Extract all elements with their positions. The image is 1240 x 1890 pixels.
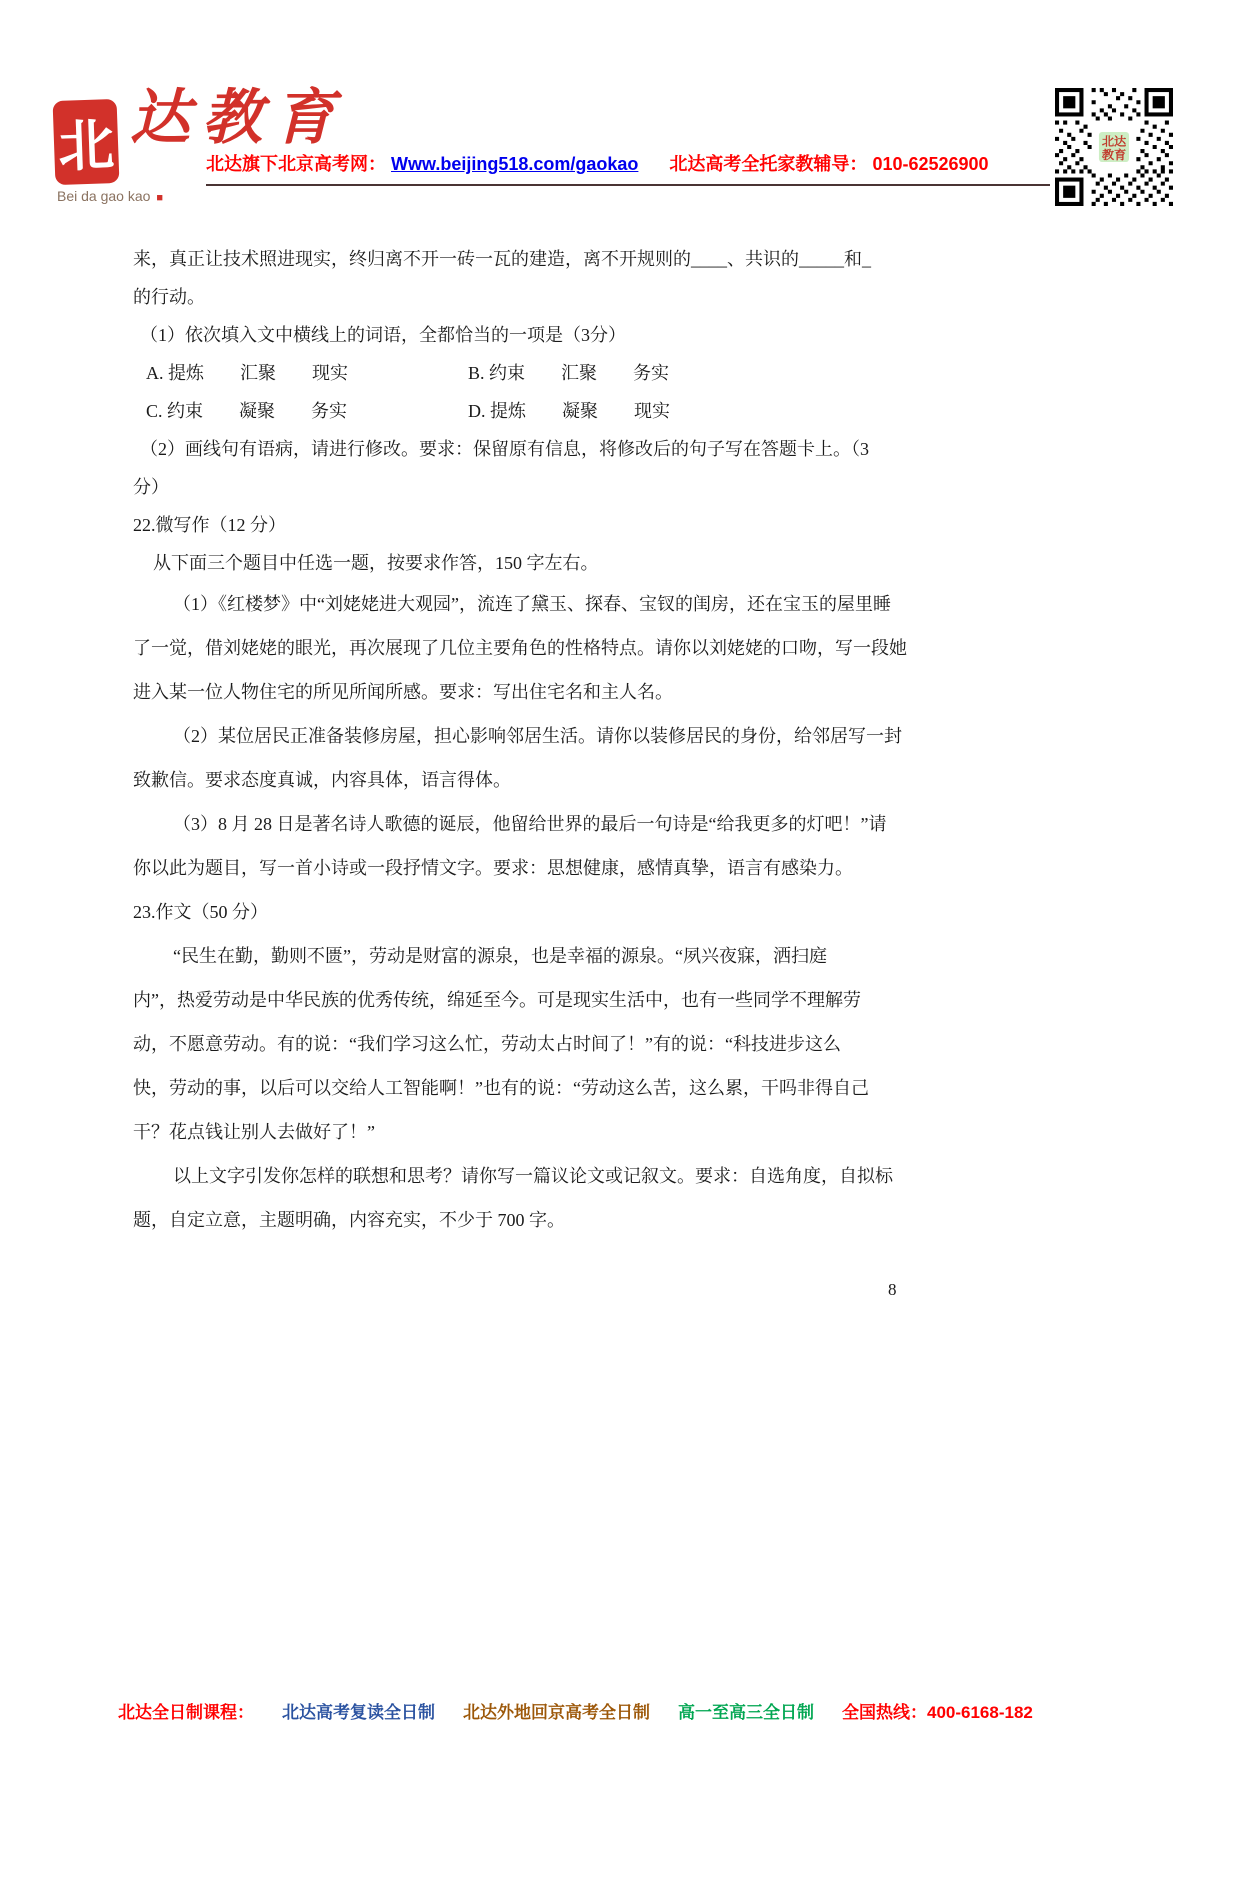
body-line: 动，不愿意劳动。有的说：“我们学习这么忙，劳动太占时间了！”有的说：“科技进步这… xyxy=(133,1022,945,1066)
option-b: B. 约束 汇聚 务实 xyxy=(468,354,669,392)
site-label: 北达旗下北京高考网： xyxy=(206,154,386,174)
body-line: 从下面三个题目中任选一题，按要求作答，150 字左右。 xyxy=(133,544,945,582)
qr-center-text-line1: 北达 xyxy=(1102,133,1127,148)
exam-body: 来，真正让技术照进现实，终归离不开一砖一瓦的建造，离不开规则的____、共识的_… xyxy=(133,240,945,1242)
qr-code: 北达 教育 xyxy=(1048,88,1180,206)
footer-item-waidi: 北达外地回京高考全日制 xyxy=(463,1698,650,1723)
option-c: C. 约束 凝聚 务实 xyxy=(146,392,468,430)
option-row: A. 提炼 汇聚 现实 B. 约束 汇聚 务实 xyxy=(133,354,945,392)
site-url-link[interactable]: Www.beijing518.com/gaokao xyxy=(391,154,638,174)
body-line: 快，劳动的事，以后可以交给人工智能啊！”也有的说：“劳动这么苦，这么累，干吗非得… xyxy=(133,1066,945,1110)
brand-name: 达教育 xyxy=(130,86,346,150)
body-line: （1）《红楼梦》中“刘姥姥进大观园”，流连了黛玉、探春、宝钗的闺房，还在宝玉的屋… xyxy=(133,582,945,626)
body-line: （2）某位居民正准备装修房屋，担心影响邻居生活。请你以装修居民的身份，给邻居写一… xyxy=(133,714,945,758)
body-line: “民生在勤，勤则不匮”，劳动是财富的源泉，也是幸福的源泉。“夙兴夜寐，洒扫庭 xyxy=(133,934,945,978)
qr-center-text-line2: 教育 xyxy=(1101,147,1126,162)
option-a: A. 提炼 汇聚 现实 xyxy=(146,354,468,392)
question-22-heading: 22.微写作（12 分） xyxy=(133,506,945,544)
body-line: 干？花点钱让别人去做好了！” xyxy=(133,1110,945,1154)
body-line: 以上文字引发你怎样的联想和思考？请你写一篇议论文或记叙文。要求：自选角度，自拟标 xyxy=(133,1154,945,1198)
body-line: 来，真正让技术照进现实，终归离不开一砖一瓦的建造，离不开规则的____、共识的_… xyxy=(133,240,945,278)
body-line: 分） xyxy=(133,468,945,506)
header-contact-line: 北达旗下北京高考网： Www.beijing518.com/gaokao 北达高… xyxy=(206,150,989,176)
tutoring-label: 北达高考全托家教辅导： xyxy=(669,154,867,174)
body-line: 题，自定立意，主题明确，内容充实，不少于 700 字。 xyxy=(133,1198,945,1242)
footer-course-line: 北达全日制课程： 北达高考复读全日制 北达外地回京高考全日制 高一至高三全日制 … xyxy=(118,1698,1033,1723)
brand-seal-character: 北 xyxy=(57,101,116,183)
body-line: 进入某一位人物住宅的所见所闻所感。要求：写出住宅名和主人名。 xyxy=(133,670,945,714)
body-line: （2）画线句有语病，请进行修改。要求：保留原有信息，将修改后的句子写在答题卡上。… xyxy=(133,430,945,468)
brand-seal-logo: 北 xyxy=(54,100,119,184)
question-23-heading: 23.作文（50 分） xyxy=(133,890,945,934)
brand-bullet-icon: ■ xyxy=(156,192,163,204)
page-number: 8 xyxy=(888,1280,897,1300)
tutoring-phone: 010-62526900 xyxy=(872,154,988,174)
option-d: D. 提炼 凝聚 现实 xyxy=(468,392,670,430)
body-line: （1）依次填入文中横线上的词语，全都恰当的一项是（3分） xyxy=(133,316,945,354)
exam-page: 北 达教育 Bei da gao kao■ 北达旗下北京高考网： Www.bei… xyxy=(0,0,1240,1890)
body-line: 的行动。 xyxy=(133,278,945,316)
footer-item-gaoyi-gaosan: 高一至高三全日制 xyxy=(678,1698,814,1723)
footer-item-courses-label: 北达全日制课程： xyxy=(118,1698,254,1723)
body-line: 了一觉，借刘姥姥的眼光，再次展现了几位主要角色的性格特点。请你以刘姥姥的口吻，写… xyxy=(133,626,945,670)
footer-item-hotline: 全国热线：400-6168-182 xyxy=(842,1698,1033,1723)
footer-item-fudu: 北达高考复读全日制 xyxy=(282,1698,435,1723)
brand-romanization: Bei da gao kao■ xyxy=(57,188,163,204)
section-question-22-23: （1）《红楼梦》中“刘姥姥进大观园”，流连了黛玉、探春、宝钗的闺房，还在宝玉的屋… xyxy=(133,582,945,1242)
body-line: 内”，热爱劳动是中华民族的优秀传统，绵延至今。可是现实生活中，也有一些同学不理解… xyxy=(133,978,945,1022)
header-divider xyxy=(206,184,1050,186)
body-line: 你以此为题目，写一首小诗或一段抒情文字。要求：思想健康，感情真挚，语言有感染力。 xyxy=(133,846,945,890)
body-line: （3）8 月 28 日是著名诗人歌德的诞辰，他留给世界的最后一句诗是“给我更多的… xyxy=(133,802,945,846)
option-row: C. 约束 凝聚 务实 D. 提炼 凝聚 现实 xyxy=(133,392,945,430)
body-line: 致歉信。要求态度真诚，内容具体，语言得体。 xyxy=(133,758,945,802)
section-question-21: 来，真正让技术照进现实，终归离不开一砖一瓦的建造，离不开规则的____、共识的_… xyxy=(133,240,945,582)
